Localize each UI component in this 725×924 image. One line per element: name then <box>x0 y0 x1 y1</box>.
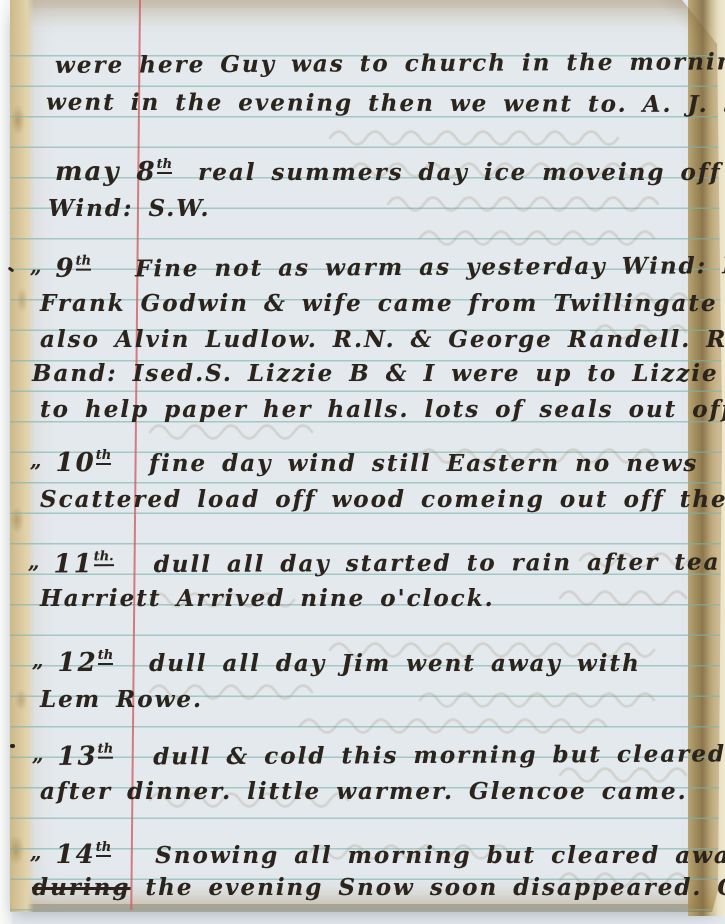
diary-entry-row: „14thSnowing all morning but cleared awa… <box>30 840 725 870</box>
ditto-mark: „ <box>30 840 44 864</box>
entry-text-line: real summers day ice moveing off <box>198 159 722 186</box>
date-suffix: th <box>96 840 111 857</box>
entry-date: 14 <box>56 840 96 870</box>
entry-date: 13 <box>57 742 97 772</box>
entry-text-line: Wind: S.W. <box>48 195 211 222</box>
entry-date: 12 <box>58 648 98 678</box>
continuation-line: went in the evening then we went to. A. … <box>46 89 725 119</box>
entry-text-line: Snowing all morning but cleared away <box>155 842 725 869</box>
date-suffix: th <box>98 742 114 759</box>
entry-text-line: Scattered load off wood comeing out off … <box>40 486 725 513</box>
diary-entry-row: „12thdull all day Jim went away with <box>32 648 641 678</box>
date-suffix: th <box>76 254 92 271</box>
entry-text-line: Lem Rowe. <box>40 686 203 713</box>
ditto-mark: „ <box>32 742 46 766</box>
entry-text-line: dull & cold this morning but cleared fin… <box>153 740 725 770</box>
ditto-mark: „ <box>30 448 44 472</box>
ditto-mark: „ <box>30 254 44 278</box>
entry-text-line: dull all day started to rain after tea <box>154 548 721 577</box>
ditto-mark: „ <box>28 549 42 573</box>
diary-entry-row: „9thFine not as warm as yesterday Wind: … <box>30 250 725 284</box>
entry-text-line: after dinner. little warmer. Glencoe cam… <box>40 778 688 805</box>
ink-mark <box>10 744 15 748</box>
date-suffix: th <box>157 157 172 174</box>
entry-text-after-struck: the evening Snow soon disappeared. Guy <box>145 874 725 901</box>
entry-date: 10 <box>56 448 96 478</box>
date-suffix: th. <box>94 549 114 566</box>
entry-date: 11 <box>53 549 93 579</box>
entry-date: may 8 <box>55 157 157 187</box>
entry-text-line: Band: Ised.S. Lizzie B & I were up to Li… <box>32 360 725 387</box>
diary-page-photo: were here Guy was to church in the morni… <box>0 0 725 924</box>
date-suffix: th <box>96 448 111 465</box>
entry-text-line: fine day wind still Eastern no news <box>149 450 698 477</box>
diary-entry-row: „13thdull & cold this morning but cleare… <box>32 738 725 772</box>
entry-text-line: to help paper her halls. lots of seals o… <box>40 396 725 423</box>
diary-entry-row: „11th.dull all day started to rain after… <box>28 546 721 579</box>
entry-text-line: Harriett Arrived nine o'clock. <box>40 585 495 612</box>
struck-word: during <box>32 874 130 901</box>
diary-entry-row: „10thfine day wind still Eastern no news <box>30 448 698 478</box>
entry-text-line: during the evening Snow soon disappeared… <box>32 874 725 901</box>
entry-text-line: also Alvin Ludlow. R.N. & George Randell… <box>40 326 725 353</box>
entry-text-line: Fine not as warm as yesterday Wind: E. <box>135 252 725 282</box>
continuation-line: were here Guy was to church in the morni… <box>55 48 725 79</box>
entry-text-line: Frank Godwin & wife came from Twillingat… <box>40 290 718 317</box>
ditto-mark: „ <box>32 648 46 672</box>
date-suffix: th <box>98 648 113 665</box>
entry-text-line: dull all day Jim went away with <box>149 650 641 677</box>
entry-date: 9 <box>55 254 75 284</box>
diary-entry-row: may 8threal summers day ice moveing off <box>55 157 722 187</box>
